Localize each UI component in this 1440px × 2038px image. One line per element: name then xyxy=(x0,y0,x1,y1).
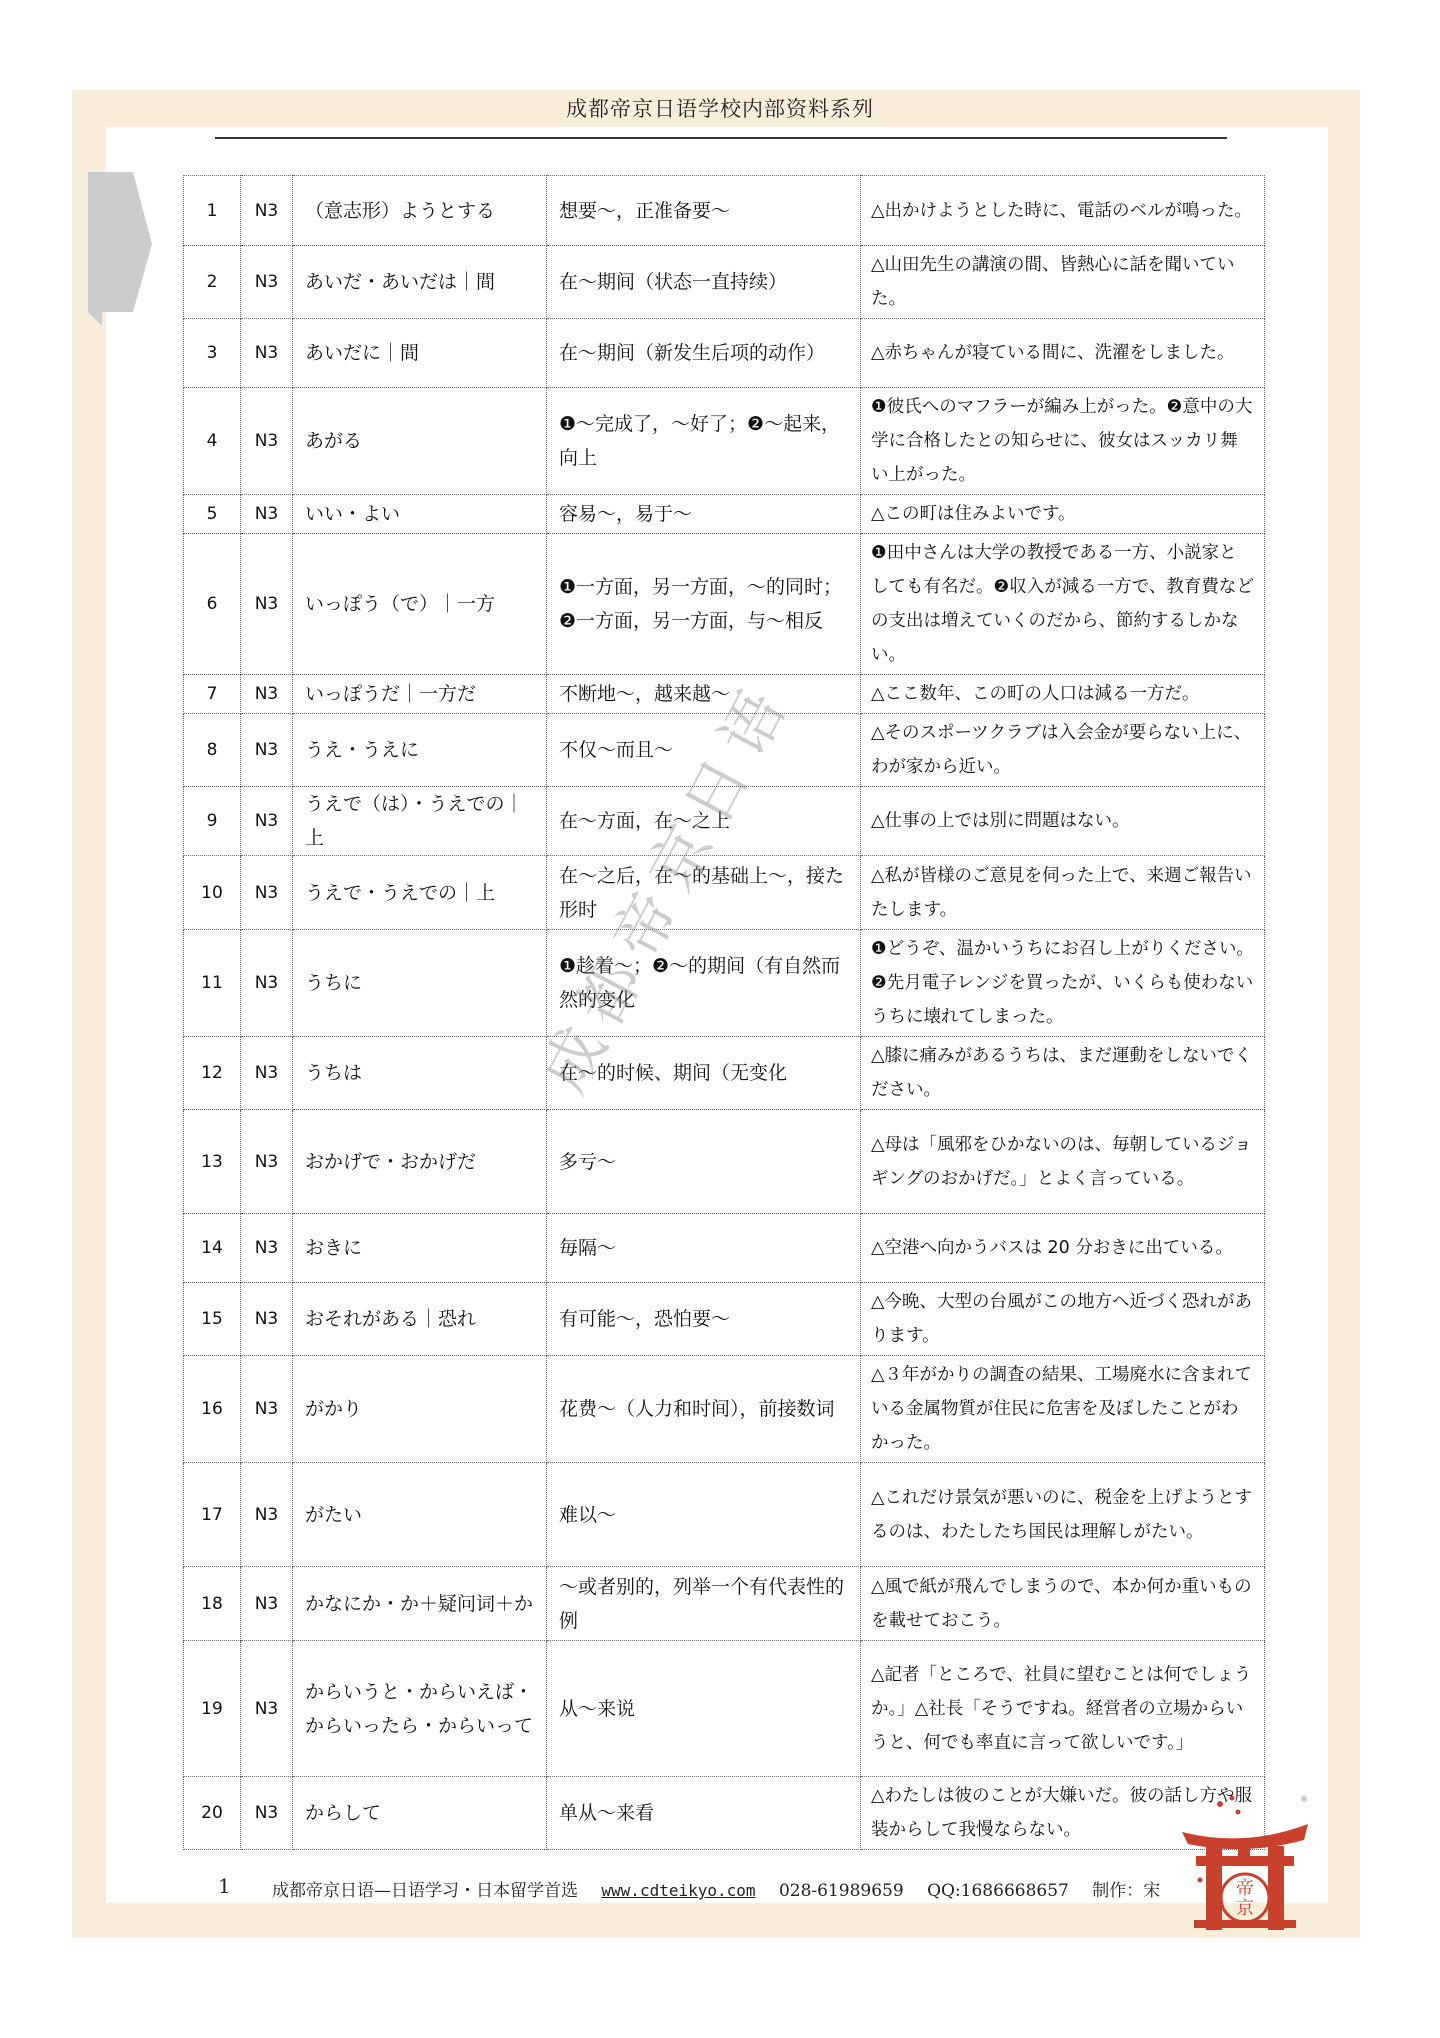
table-row: 10N3うえで・うえでの｜上在～之后，在～的基础上～，接た形时△私が皆様のご意見… xyxy=(184,856,1265,930)
row-meaning: 在～期间（状态一直持续） xyxy=(547,246,861,319)
row-number: 19 xyxy=(184,1641,241,1777)
row-grammar: いい・よい xyxy=(293,495,547,534)
row-grammar: うちは xyxy=(293,1037,547,1110)
row-number: 12 xyxy=(184,1037,241,1110)
row-level: N3 xyxy=(241,1777,293,1850)
row-example: △出かけようとした時に、電話のベルが鳴った。 xyxy=(861,176,1265,246)
row-number: 1 xyxy=(184,176,241,246)
row-meaning: 花费～（人力和时间），前接数词 xyxy=(547,1356,861,1463)
table-row: 1N3（意志形）ようとする想要～，正准备要～△出かけようとした時に、電話のベルが… xyxy=(184,176,1265,246)
row-number: 5 xyxy=(184,495,241,534)
row-number: 3 xyxy=(184,319,241,388)
row-level: N3 xyxy=(241,246,293,319)
row-meaning: ❶一方面，另一方面，～的同时；❷一方面，另一方面，与～相反 xyxy=(547,534,861,675)
table-row: 8N3うえ・うえに不仅～而且～△そのスポーツクラブは入会金が要らない上に、わが家… xyxy=(184,714,1265,787)
svg-text:帝: 帝 xyxy=(1236,1878,1254,1899)
row-level: N3 xyxy=(241,930,293,1037)
row-number: 16 xyxy=(184,1356,241,1463)
table-row: 9N3うえで（は）・うえでの｜上在～方面，在～之上△仕事の上では別に問題はない。 xyxy=(184,787,1265,856)
row-level: N3 xyxy=(241,176,293,246)
row-level: N3 xyxy=(241,495,293,534)
row-grammar: （意志形）ようとする xyxy=(293,176,547,246)
table-row: 20N3からして单从～来看△わたしは彼のことが大嫌いだ。彼の話し方や服装からして… xyxy=(184,1777,1265,1850)
footer-author: 制作：宋 xyxy=(1092,1881,1160,1901)
grammar-table-body: 1N3（意志形）ようとする想要～，正准备要～△出かけようとした時に、電話のベルが… xyxy=(184,176,1265,1850)
footer-phone: 028-61989659 xyxy=(779,1881,904,1901)
page-title: 成都帝京日语学校内部资料系列 xyxy=(0,90,1440,128)
row-meaning: 难以～ xyxy=(547,1463,861,1567)
row-level: N3 xyxy=(241,787,293,856)
row-meaning: 毎隔～ xyxy=(547,1214,861,1283)
row-grammar: からいうと・からいえば・からいったら・からいって xyxy=(293,1641,547,1777)
row-grammar: おきに xyxy=(293,1214,547,1283)
row-level: N3 xyxy=(241,534,293,675)
row-grammar: おそれがある｜恐れ xyxy=(293,1283,547,1356)
row-grammar: うえで・うえでの｜上 xyxy=(293,856,547,930)
row-number: 10 xyxy=(184,856,241,930)
row-meaning: 想要～，正准备要～ xyxy=(547,176,861,246)
row-example: ❶どうぞ、温かいうちにお召し上がりください。❷先月電子レンジを買ったが、いくらも… xyxy=(861,930,1265,1037)
row-grammar: がかり xyxy=(293,1356,547,1463)
row-grammar: あいだに｜間 xyxy=(293,319,547,388)
page-number: 1 xyxy=(218,1874,231,1898)
table-row: 12N3うちは在～的时候、期间（无变化△膝に痛みがあるうちは、まだ運動をしないで… xyxy=(184,1037,1265,1110)
table-row: 17N3がたい难以～△これだけ景気が悪いのに、税金を上げようとするのは、わたした… xyxy=(184,1463,1265,1567)
row-level: N3 xyxy=(241,1037,293,1110)
row-meaning: 在～的时候、期间（无变化 xyxy=(547,1037,861,1110)
footer-school: 成都帝京日语—日语学习・日本留学首选 xyxy=(272,1881,578,1901)
row-number: 13 xyxy=(184,1110,241,1214)
row-grammar: かなにか・か＋疑问词＋か xyxy=(293,1567,547,1641)
row-grammar: あがる xyxy=(293,388,547,495)
footer-website-link[interactable]: www.cdteikyo.com xyxy=(601,1881,755,1900)
row-meaning: 有可能～，恐怕要～ xyxy=(547,1283,861,1356)
table-row: 11N3うちに❶趁着～；❷～的期间（有自然而然的变化❶どうぞ、温かいうちにお召し… xyxy=(184,930,1265,1037)
row-number: 2 xyxy=(184,246,241,319)
row-meaning: 不仅～而且～ xyxy=(547,714,861,787)
row-example: △今晩、大型の台風がこの地方へ近づく恐れがあります。 xyxy=(861,1283,1265,1356)
row-grammar: うえ・うえに xyxy=(293,714,547,787)
row-number: 8 xyxy=(184,714,241,787)
row-example: △空港へ向かうバスは 20 分おきに出ている。 xyxy=(861,1214,1265,1283)
row-level: N3 xyxy=(241,675,293,714)
header-divider xyxy=(215,137,1227,139)
row-number: 20 xyxy=(184,1777,241,1850)
row-level: N3 xyxy=(241,1356,293,1463)
table-row: 16N3がかり花费～（人力和时间），前接数词△３年がかりの調査の結果、工場廃水に… xyxy=(184,1356,1265,1463)
row-meaning: 在～之后，在～的基础上～，接た形时 xyxy=(547,856,861,930)
table-row: 15N3おそれがある｜恐れ有可能～，恐怕要～△今晩、大型の台風がこの地方へ近づく… xyxy=(184,1283,1265,1356)
row-example: △風で紙が飛んでしまうので、本か何か重いものを載せておこう。 xyxy=(861,1567,1265,1641)
footer-info: 成都帝京日语—日语学习・日本留学首选 www.cdteikyo.com 028-… xyxy=(272,1876,1176,1901)
table-row: 2N3あいだ・あいだは｜間在～期间（状态一直持续）△山田先生の講演の間、皆熱心に… xyxy=(184,246,1265,319)
table-row: 7N3いっぽうだ｜一方だ不断地～，越来越～△ここ数年、この町の人口は減る一方だ。 xyxy=(184,675,1265,714)
row-level: N3 xyxy=(241,1110,293,1214)
row-meaning: 容易～，易于～ xyxy=(547,495,861,534)
row-level: N3 xyxy=(241,1283,293,1356)
row-example: ❶田中さんは大学の教授である一方、小説家としても有名だ。❷収入が減る一方で、教育… xyxy=(861,534,1265,675)
row-grammar: からして xyxy=(293,1777,547,1850)
table-row: 14N3おきに毎隔～△空港へ向かうバスは 20 分おきに出ている。 xyxy=(184,1214,1265,1283)
row-number: 11 xyxy=(184,930,241,1037)
torii-logo-icon: 帝 京 ® xyxy=(1180,1790,1310,1930)
row-grammar: おかげで・おかげだ xyxy=(293,1110,547,1214)
row-number: 6 xyxy=(184,534,241,675)
row-meaning: ❶趁着～；❷～的期间（有自然而然的变化 xyxy=(547,930,861,1037)
table-row: 18N3かなにか・か＋疑问词＋か～或者别的，列举一个有代表性的例△風で紙が飛んで… xyxy=(184,1567,1265,1641)
row-level: N3 xyxy=(241,856,293,930)
row-meaning: 不断地～，越来越～ xyxy=(547,675,861,714)
row-grammar: がたい xyxy=(293,1463,547,1567)
row-meaning: 在～期间（新发生后项的动作） xyxy=(547,319,861,388)
row-number: 14 xyxy=(184,1214,241,1283)
row-meaning: ❶～完成了，～好了；❷～起来，向上 xyxy=(547,388,861,495)
row-number: 4 xyxy=(184,388,241,495)
svg-text:®: ® xyxy=(1300,1795,1308,1804)
row-example: △仕事の上では別に問題はない。 xyxy=(861,787,1265,856)
row-grammar: うえで（は）・うえでの｜上 xyxy=(293,787,547,856)
footer-qq: QQ:1686668657 xyxy=(927,1881,1069,1901)
row-meaning: 多亏～ xyxy=(547,1110,861,1214)
row-level: N3 xyxy=(241,388,293,495)
row-meaning: 从～来说 xyxy=(547,1641,861,1777)
row-meaning: ～或者别的，列举一个有代表性的例 xyxy=(547,1567,861,1641)
row-level: N3 xyxy=(241,1641,293,1777)
row-number: 18 xyxy=(184,1567,241,1641)
row-number: 9 xyxy=(184,787,241,856)
row-example: △膝に痛みがあるうちは、まだ運動をしないでください。 xyxy=(861,1037,1265,1110)
table-row: 6N3いっぽう（で）｜一方❶一方面，另一方面，～的同时；❷一方面，另一方面，与～… xyxy=(184,534,1265,675)
side-tab-icon xyxy=(88,172,152,326)
row-example: △３年がかりの調査の結果、工場廃水に含まれている金属物質が住民に危害を及ぼしたこ… xyxy=(861,1356,1265,1463)
row-example: ❶彼氏へのマフラーが編み上がった。❷意中の大学に合格したとの知らせに、彼女はスッ… xyxy=(861,388,1265,495)
row-grammar: いっぽうだ｜一方だ xyxy=(293,675,547,714)
row-level: N3 xyxy=(241,319,293,388)
row-level: N3 xyxy=(241,714,293,787)
row-level: N3 xyxy=(241,1214,293,1283)
row-grammar: うちに xyxy=(293,930,547,1037)
row-example: △この町は住みよいです。 xyxy=(861,495,1265,534)
svg-text:京: 京 xyxy=(1236,1898,1254,1919)
row-number: 7 xyxy=(184,675,241,714)
row-meaning: 单从～来看 xyxy=(547,1777,861,1850)
row-meaning: 在～方面，在～之上 xyxy=(547,787,861,856)
row-grammar: いっぽう（で）｜一方 xyxy=(293,534,547,675)
row-example: △母は「風邪をひかないのは、毎朝しているジョギングのおかげだ。」とよく言っている… xyxy=(861,1110,1265,1214)
row-example: △山田先生の講演の間、皆熱心に話を聞いていた。 xyxy=(861,246,1265,319)
table-row: 3N3あいだに｜間在～期间（新发生后项的动作）△赤ちゃんが寝ている間に、洗濯をし… xyxy=(184,319,1265,388)
table-row: 19N3からいうと・からいえば・からいったら・からいって从～来说△記者「ところで… xyxy=(184,1641,1265,1777)
table-row: 13N3おかげで・おかげだ多亏～△母は「風邪をひかないのは、毎朝しているジョギン… xyxy=(184,1110,1265,1214)
row-level: N3 xyxy=(241,1567,293,1641)
table-row: 4N3あがる❶～完成了，～好了；❷～起来，向上❶彼氏へのマフラーが編み上がった。… xyxy=(184,388,1265,495)
table-row: 5N3いい・よい容易～，易于～△この町は住みよいです。 xyxy=(184,495,1265,534)
row-example: △そのスポーツクラブは入会金が要らない上に、わが家から近い。 xyxy=(861,714,1265,787)
row-number: 15 xyxy=(184,1283,241,1356)
row-example: △これだけ景気が悪いのに、税金を上げようとするのは、わたしたち国民は理解しがたい… xyxy=(861,1463,1265,1567)
row-example: △記者「ところで、社員に望むことは何でしょうか。」△社長「そうですね。経営者の立… xyxy=(861,1641,1265,1777)
row-level: N3 xyxy=(241,1463,293,1567)
row-example: △ここ数年、この町の人口は減る一方だ。 xyxy=(861,675,1265,714)
row-grammar: あいだ・あいだは｜間 xyxy=(293,246,547,319)
row-example: △赤ちゃんが寝ている間に、洗濯をしました。 xyxy=(861,319,1265,388)
grammar-table: 1N3（意志形）ようとする想要～，正准备要～△出かけようとした時に、電話のベルが… xyxy=(183,175,1265,1850)
row-number: 17 xyxy=(184,1463,241,1567)
row-example: △私が皆様のご意見を伺った上で、来週ご報告いたします。 xyxy=(861,856,1265,930)
